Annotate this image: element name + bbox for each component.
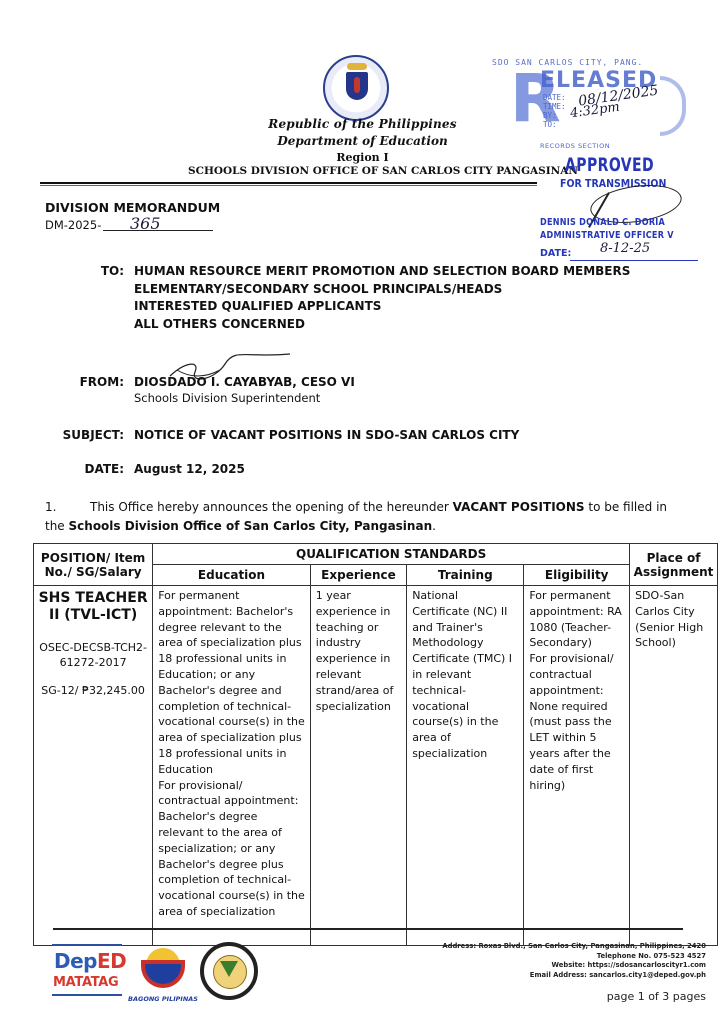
deped-matatag-logo-icon: DepED MATATAG [52,944,122,1004]
approved-stamp-date-label: DATE: [540,248,571,259]
recipient: ELEMENTARY/SECONDARY SCHOOL PRINCIPALS/H… [134,281,630,299]
shield-icon [346,72,368,100]
table-row: SHS TEACHER II (TVL-ICT) OSEC-DECSB-TCH2… [34,586,718,946]
bagong-pilipinas-logo-icon: BAGONG PILIPINAS [133,942,193,1008]
subject-value: NOTICE OF VACANT POSITIONS IN SDO-SAN CA… [134,428,519,442]
training-cell: National Certificate (NC) II and Trainer… [407,586,524,946]
recipient: HUMAN RESOURCE MERIT PROMOTION AND SELEC… [134,263,630,281]
released-stamp-fields: DATE: TIME: BY: TO: [543,93,566,129]
header-education: Education [153,565,311,586]
table-header-row: POSITION/ Item No./ SG/Salary QUALIFICAT… [34,544,718,565]
memo-number-prefix: DM-2025- [45,218,101,232]
header-position: POSITION/ Item No./ SG/Salary [34,544,153,586]
from-label: FROM: [34,375,124,389]
from-name: DIOSDADO I. CAYABYAB, CESO VI [134,375,355,389]
footer-email[interactable]: Email Address: sancarlos.city1@deped.gov… [400,971,706,981]
to-recipients: HUMAN RESOURCE MERIT PROMOTION AND SELEC… [134,263,630,333]
torch-icon [347,63,367,70]
released-stamp-footer: RECORDS SECTION [540,142,610,150]
footer-address: Address: Roxas Blvd., San Carlos City, P… [400,942,706,952]
position-name: SHS TEACHER II (TVL-ICT) [37,590,149,624]
memo-number-value: 365 [130,214,161,233]
announcement-paragraph: 1.This Office hereby announces the openi… [45,498,690,536]
footer-website[interactable]: Website: https://sdosancarloscityr1.com [400,961,706,971]
header-qualification: QUALIFICATION STANDARDS [153,544,630,565]
salary-grade: SG-12/ ₱32,245.00 [37,684,149,697]
footer-contact: Address: Roxas Blvd., San Carlos City, P… [400,942,706,980]
date-value: August 12, 2025 [134,462,245,476]
page-indicator: page 1 of 3 pages [500,990,706,1003]
footer-divider [53,928,683,930]
header-eligibility: Eligibility [524,565,630,586]
header-divider [40,182,537,184]
subject-label: SUBJECT: [34,428,124,442]
approved-stamp-date-line [570,260,698,261]
paragraph-number: 1. [45,498,90,517]
memo-title: DIVISION MEMORANDUM [45,200,220,215]
header-divider-thin [40,185,537,186]
education-cell: For permanent appointment: Bachelor's de… [153,586,311,946]
approved-stamp-date: 8-12-25 [600,241,650,256]
approved-stamp-position: ADMINISTRATIVE OFFICER V [540,230,674,241]
place-cell: SDO-San Carlos City (Senior High School) [630,586,718,946]
header-experience: Experience [310,565,406,586]
footer-telephone: Telephone No. 075-523 4527 [400,952,706,962]
header-office: SCHOOLS DIVISION OFFICE OF SAN CARLOS CI… [188,165,578,177]
deped-seal-icon [323,55,389,121]
approved-stamp-name: DENNIS DONALD C. DORIA [540,217,665,228]
item-number: OSEC-DECSB-TCH2-61272-2017 [37,640,149,670]
sdo-seal-logo-icon [200,942,258,1000]
to-label: TO: [34,264,124,278]
recipient: ALL OTHERS CONCERNED [134,316,630,334]
eligibility-cell: For permanent appointment: RA 1080 (Teac… [524,586,630,946]
header-place: Place of Assignment [630,544,718,586]
header-training: Training [407,565,524,586]
header-department: Department of Education [0,134,725,148]
from-title: Schools Division Superintendent [134,391,320,405]
recipient: INTERESTED QUALIFIED APPLICANTS [134,298,630,316]
experience-cell: 1 year experience in teaching or industr… [310,586,406,946]
position-cell: SHS TEACHER II (TVL-ICT) OSEC-DECSB-TCH2… [34,586,153,946]
date-label: DATE: [34,462,124,476]
vacant-positions-table: POSITION/ Item No./ SG/Salary QUALIFICAT… [33,543,718,946]
approved-stamp-title: APPROVED [565,154,654,176]
header-republic: Republic of the Philippines [0,117,725,131]
